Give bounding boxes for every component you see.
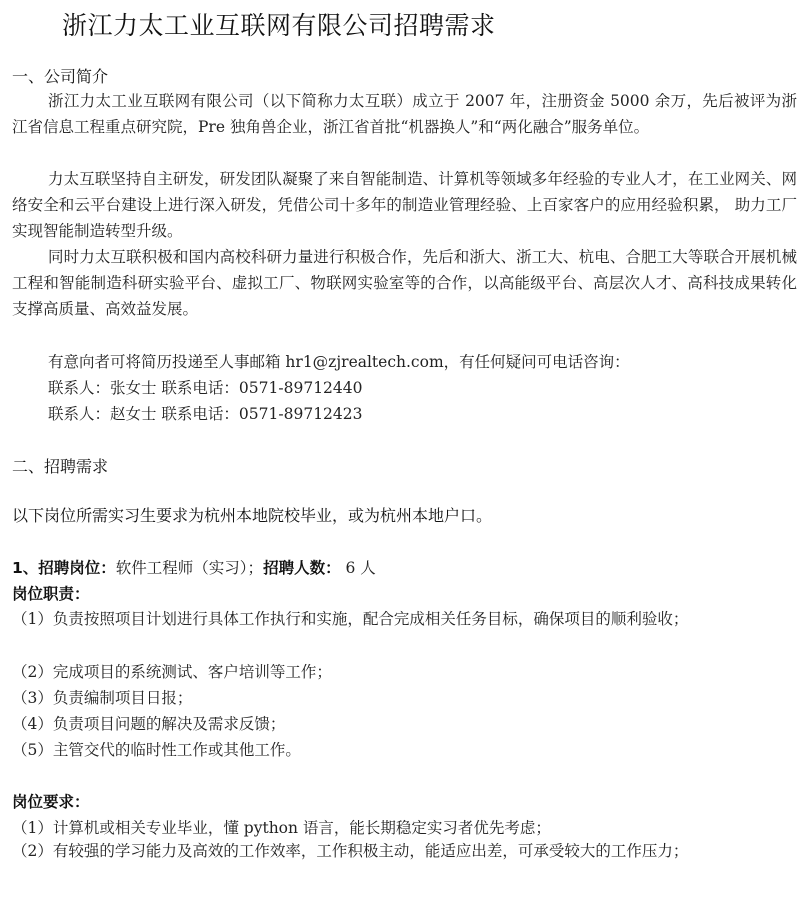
count-label: 招聘人数：: [263, 559, 341, 577]
section-heading-recruitment: 二、招聘需求: [12, 454, 108, 477]
intro-paragraph-1: 浙江力太工业互联网有限公司（以下简称力太互联）成立于 2007 年，注册资金 5…: [12, 88, 797, 140]
count-value: 6 人: [341, 559, 376, 577]
duty-item-1: （1）负责按照项目计划进行具体工作执行和实施，配合完成相关任务目标，确保项目的顺…: [12, 606, 797, 632]
requirement-item-2: （2）有较强的学习能力及高效的工作效率，工作积极主动，能适应出差，可承受较大的工…: [12, 838, 797, 864]
intro-paragraph-3: 同时力太互联积极和国内高校科研力量进行积极合作，先后和浙大、浙工大、杭电、合肥工…: [12, 244, 797, 322]
contact-intro: 有意向者可将简历投递至人事邮箱 hr1@zjrealtech.com，有任何疑问…: [48, 350, 630, 372]
position-label: 1、招聘岗位：: [12, 559, 116, 577]
requirement-item-1: （1）计算机或相关专业毕业，懂 python 语言，能长期稳定实习者优先考虑；: [12, 816, 551, 838]
duty-item-2: （2）完成项目的系统测试、客户培训等工作；: [12, 660, 332, 682]
contact-line-2: 联系人：赵女士 联系电话：0571-89712423: [48, 402, 363, 424]
duty-item-3: （3）负责编制项目日报；: [12, 686, 192, 708]
duty-item-5: （5）主管交代的临时性工作或其他工作。: [12, 738, 301, 760]
intro-paragraph-2: 力太互联坚持自主研发，研发团队凝聚了来自智能制造、计算机等领域多年经验的专业人才…: [12, 166, 797, 244]
contact-line-1: 联系人：张女士 联系电话：0571-89712440: [48, 376, 363, 398]
duty-item-4: （4）负责项目问题的解决及需求反馈；: [12, 712, 285, 734]
document-title: 浙江力太工业互联网有限公司招聘需求: [62, 6, 496, 42]
section-heading-company-intro: 一、公司简介: [12, 64, 108, 87]
position-line: 1、招聘岗位：软件工程师（实习）；招聘人数： 6 人: [12, 556, 376, 578]
recruitment-notice: 以下岗位所需实习生要求为杭州本地院校毕业，或为杭州本地户口。: [12, 503, 492, 526]
requirements-heading: 岗位要求：: [12, 790, 90, 812]
position-value: 软件工程师（实习）；: [116, 559, 263, 577]
duties-heading: 岗位职责：: [12, 582, 90, 604]
